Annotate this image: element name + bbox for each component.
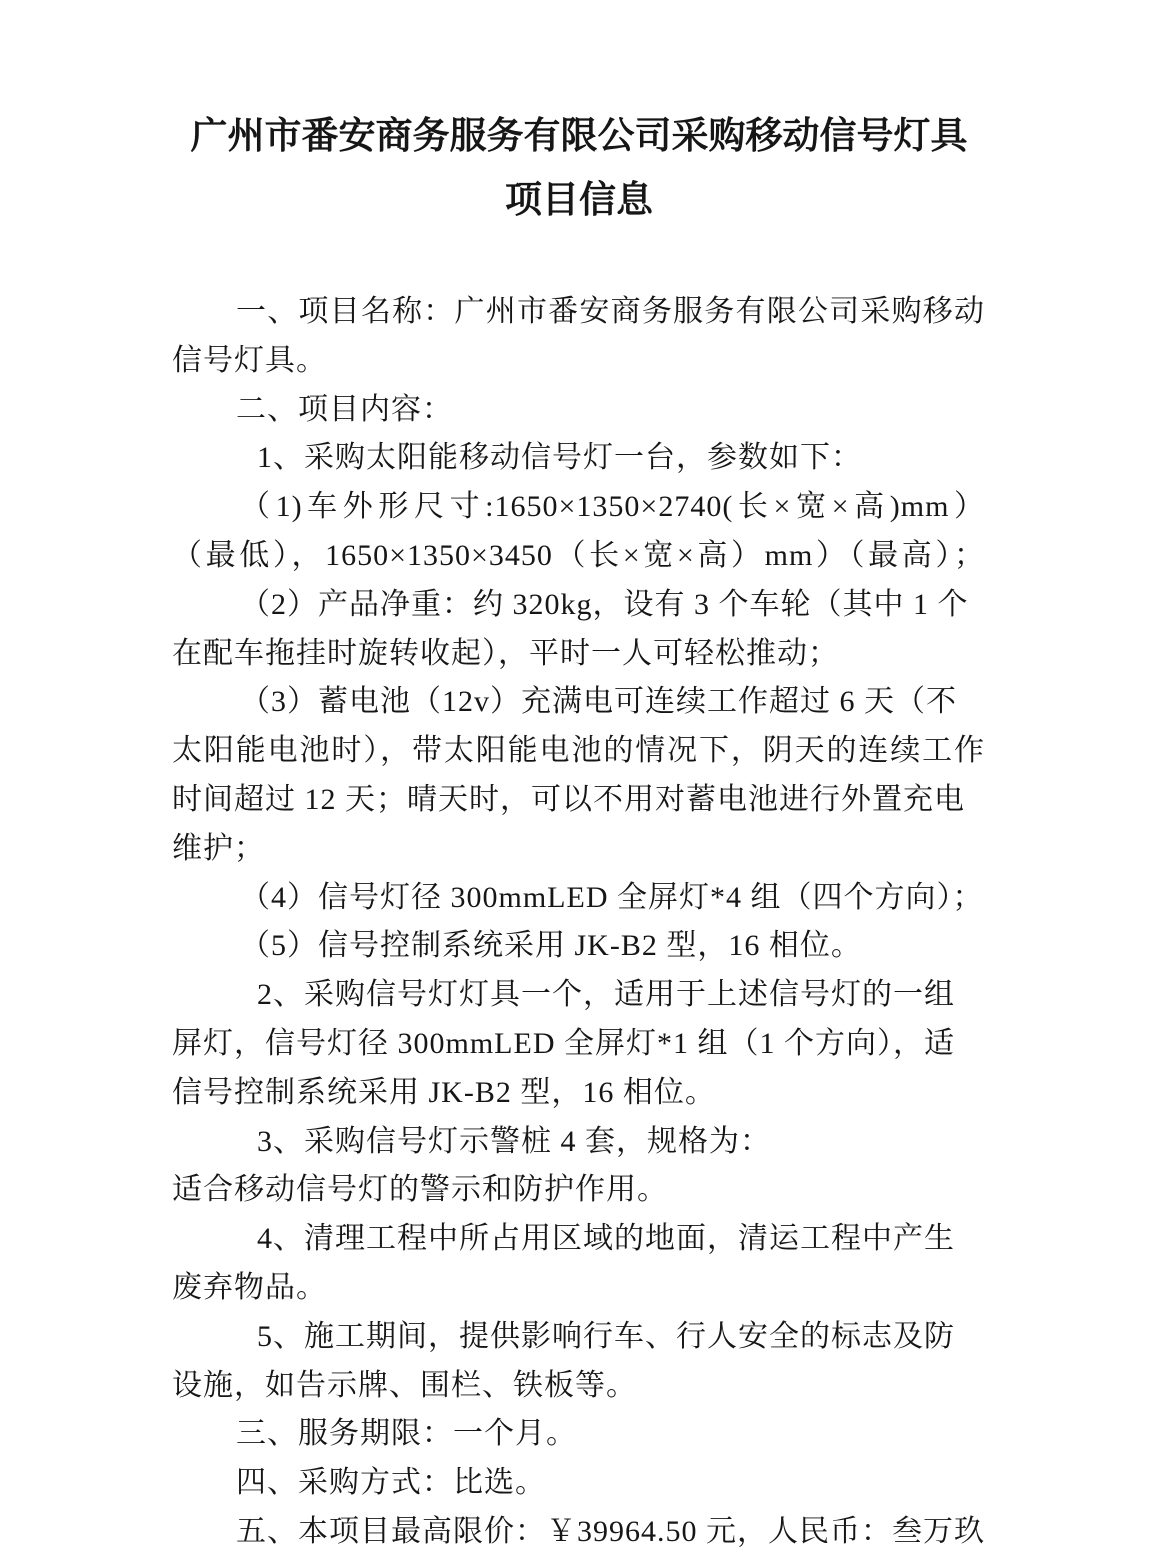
doc-line: 2、采购信号灯灯具一个，适用于上述信号灯的一组全	[172, 971, 985, 1020]
doc-line: 三、服务期限：一个月。	[172, 1410, 985, 1459]
document-title-block: 广州市番安商务服务有限公司采购移动信号灯具 项目信息	[0, 105, 1158, 233]
doc-line: （3）蓄电池（12v）充满电可连续工作超过 6 天（不配	[172, 678, 985, 727]
doc-line: 屏灯，信号灯径 300mmLED 全屏灯*1 组（1 个方向），适用于	[172, 1020, 985, 1069]
doc-line: 信号灯具。	[172, 337, 985, 386]
doc-line: 1、采购太阳能移动信号灯一台，参数如下：	[172, 434, 985, 483]
doc-line: （1)车外形尺寸:1650×1350×2740(长×宽×高)mm）	[172, 483, 985, 532]
doc-line: 四、采购方式：比选。	[172, 1459, 985, 1508]
doc-line: 二、项目内容：	[172, 386, 985, 435]
doc-line: 4、清理工程中所占用区域的地面，清运工程中产生的	[172, 1215, 985, 1264]
doc-line: 太阳能电池时），带太阳能电池的情况下，阴天的连续工作	[172, 727, 985, 776]
document-title: 广州市番安商务服务有限公司采购移动信号灯具	[0, 105, 1158, 169]
document-page: 广州市番安商务服务有限公司采购移动信号灯具 项目信息 一、项目名称：广州市番安商…	[0, 0, 1158, 1550]
doc-line: （最低），1650×1350×3450（长×宽×高）mm）（最高）；	[172, 532, 985, 581]
doc-line: 废弃物品。	[172, 1264, 985, 1313]
doc-line: （5）信号控制系统采用 JK-B2 型，16 相位。	[172, 922, 985, 971]
doc-line: （2）产品净重：约 320kg，设有 3 个车轮（其中 1 个可	[172, 581, 985, 630]
document-subtitle: 项目信息	[0, 169, 1158, 233]
doc-line: 5、施工期间，提供影响行车、行人安全的标志及防护	[172, 1313, 985, 1362]
doc-line: 设施，如告示牌、围栏、铁板等。	[172, 1362, 985, 1411]
doc-line: 五、本项目最高限价：￥39964.50 元，人民币：叁万玖	[172, 1508, 985, 1550]
doc-line: 信号控制系统采用 JK-B2 型，16 相位。	[172, 1069, 985, 1118]
doc-line: 在配车拖挂时旋转收起），平时一人可轻松推动；	[172, 630, 985, 679]
doc-line: 维护；	[172, 825, 985, 874]
doc-line: （4）信号灯径 300mmLED 全屏灯*4 组（四个方向）；	[172, 874, 985, 923]
doc-line: 时间超过 12 天；晴天时，可以不用对蓄电池进行外置充电及	[172, 776, 985, 825]
document-body: 一、项目名称：广州市番安商务服务有限公司采购移动 信号灯具。 二、项目内容： 1…	[172, 288, 985, 1550]
doc-line: 一、项目名称：广州市番安商务服务有限公司采购移动	[172, 288, 985, 337]
doc-line: 3、采购信号灯示警桩 4 套，规格为：φ114mm*1200mm，	[172, 1118, 985, 1167]
doc-line: 适合移动信号灯的警示和防护作用。	[172, 1166, 985, 1215]
